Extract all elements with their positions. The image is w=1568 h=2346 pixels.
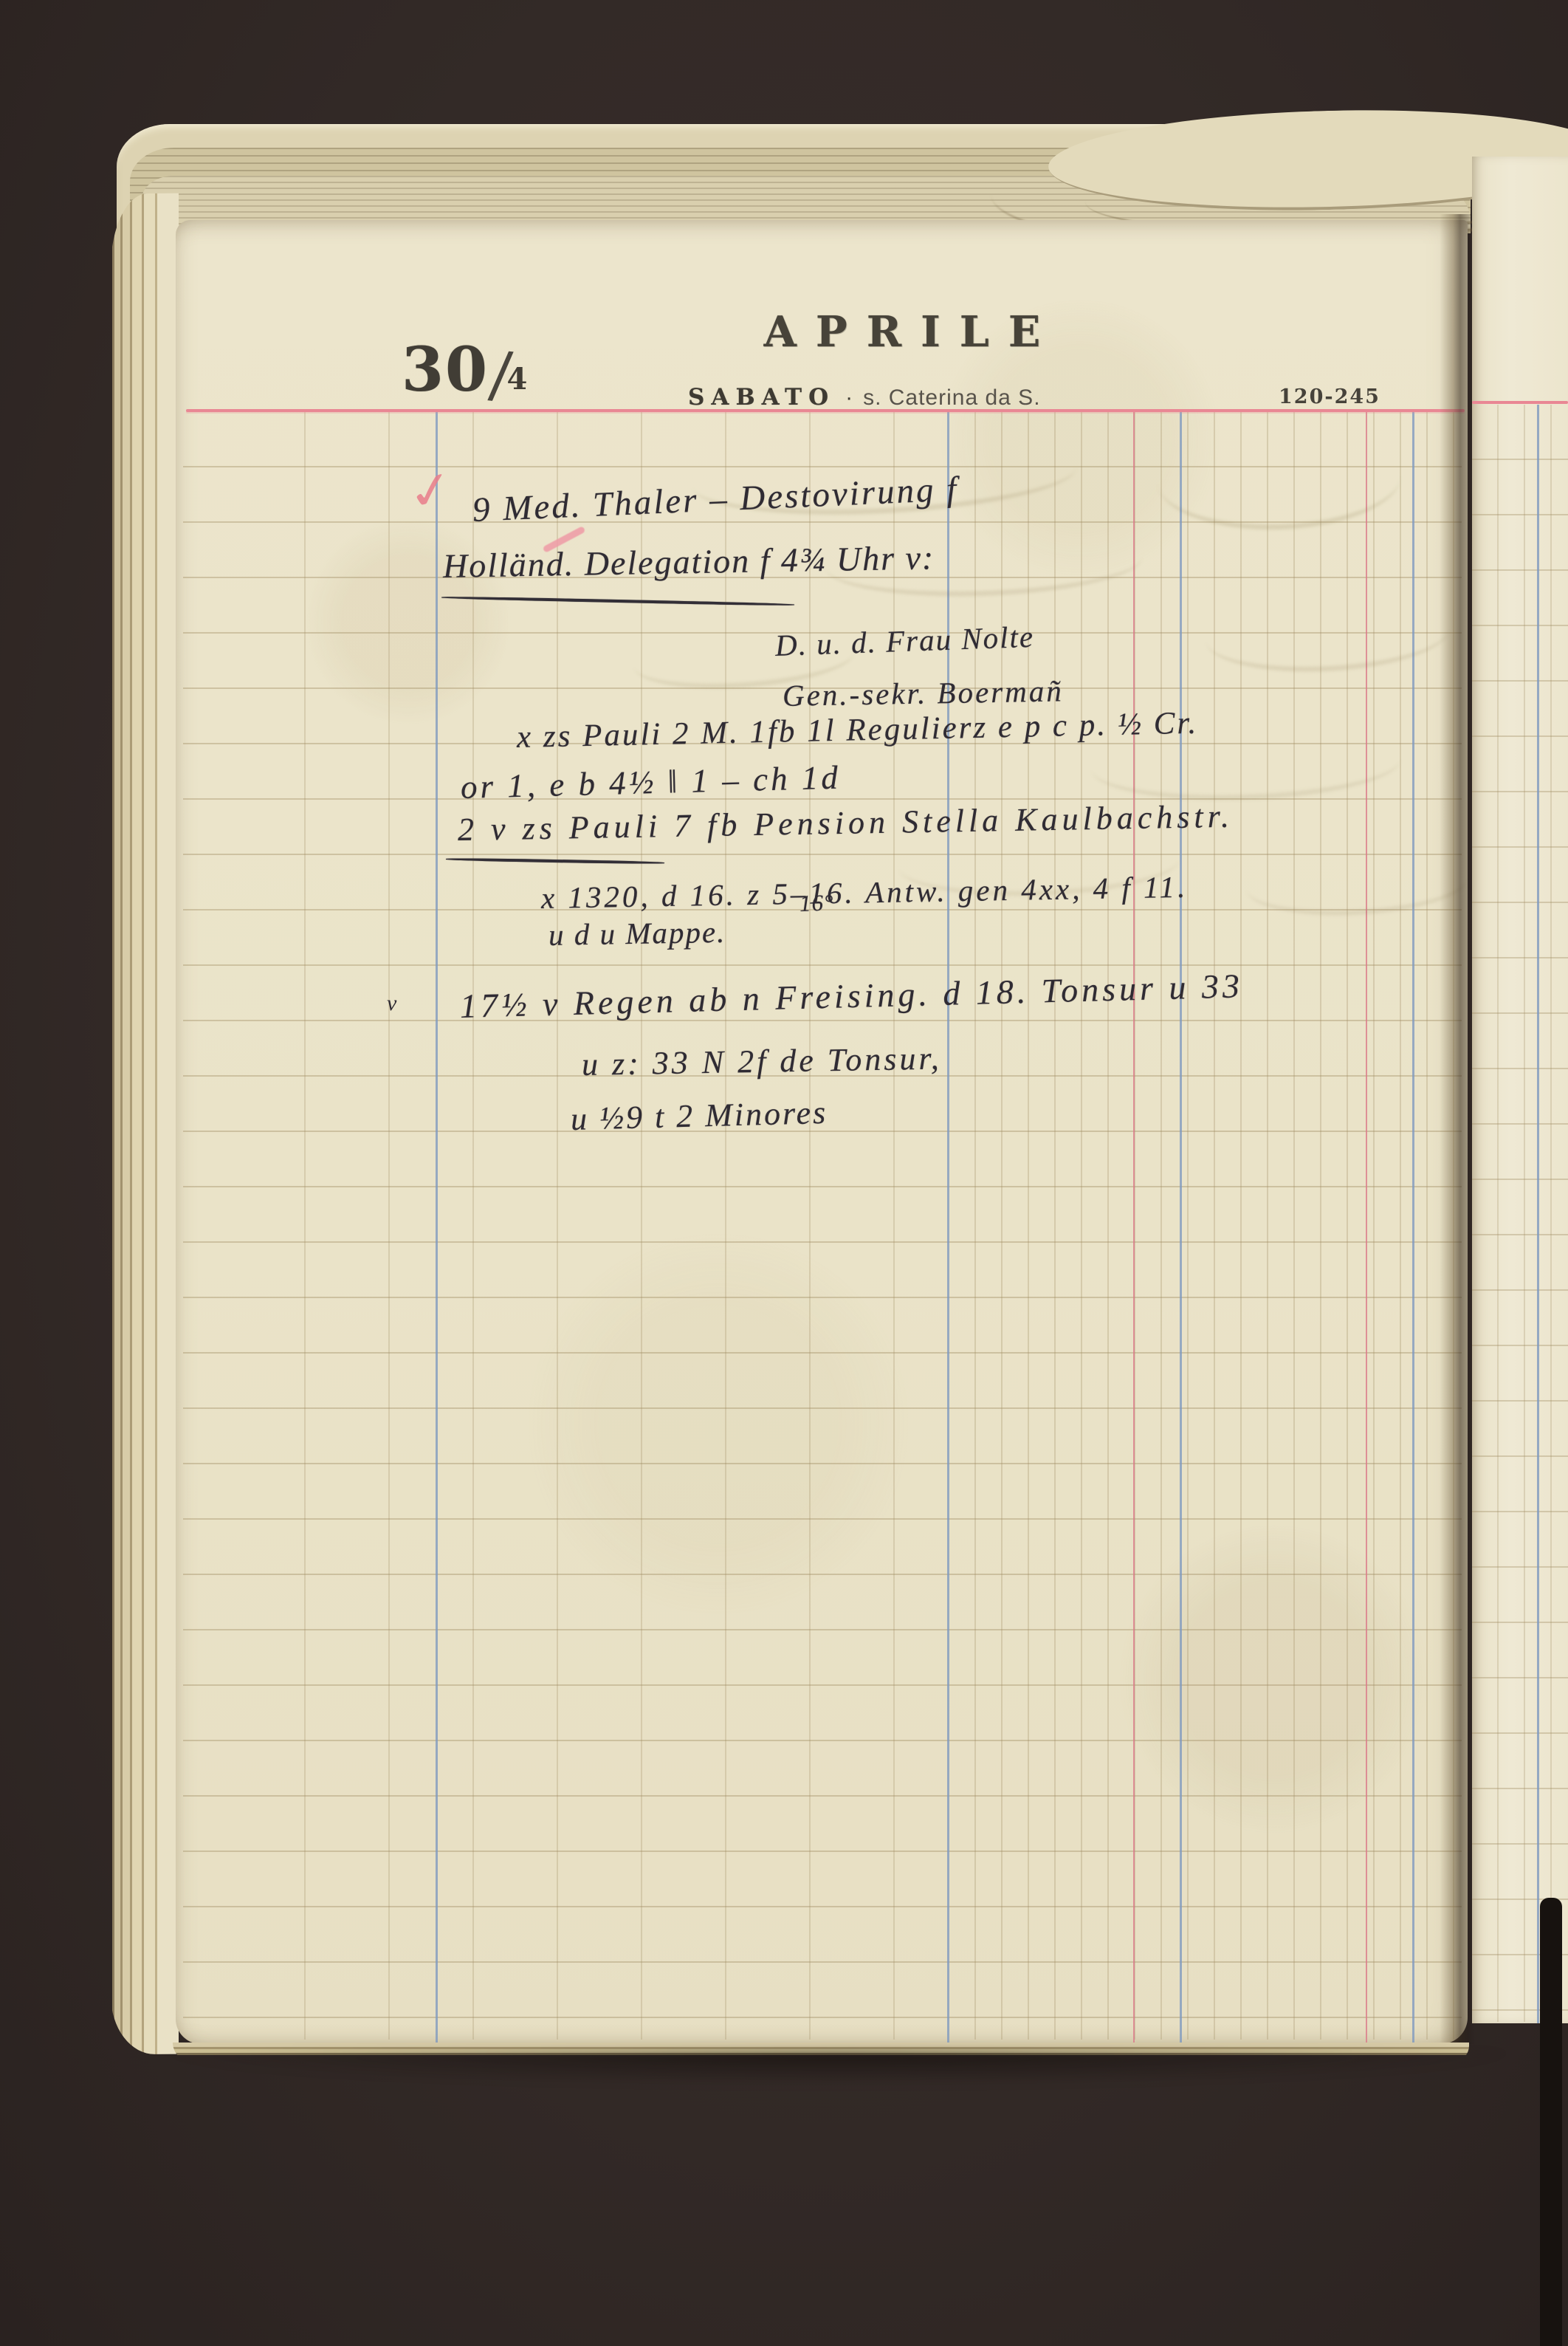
blue-column-line [1180, 412, 1182, 2044]
bleed-through-mark [1204, 591, 1451, 677]
separator-dot: · [845, 385, 853, 411]
red-column-line [1133, 412, 1135, 2044]
handwriting-line: u ½9 t 2 Minores [570, 1094, 828, 1138]
month-title: APRILE [738, 307, 1085, 357]
day-number: 30 [402, 346, 489, 395]
weekday-row: SABATO · s. Caterina da S. [688, 384, 1041, 411]
header-rule [1472, 401, 1568, 404]
handwriting-line: u z: 33 N 2f de Tonsur, [582, 1039, 943, 1083]
weekday-label: SABATO [688, 384, 835, 411]
handwriting-line: 2 v zs Pauli 7 fb Pension Stella Kaulbac… [458, 798, 1234, 848]
ink-underline [441, 596, 794, 606]
faint-cash-column-lines [949, 412, 1462, 2040]
red-column-line [1366, 412, 1367, 2044]
bleed-through-mark [1156, 424, 1403, 533]
handwriting-line: or 1, e b 4½ ‖ 1 – ch 1d [460, 758, 841, 806]
cover-gap-shadow [1540, 1898, 1562, 2346]
diary-page: APRILE 30 / 4 SABATO · s. Caterina da S.… [176, 220, 1468, 2044]
facing-page-sliver [1472, 157, 1568, 2023]
handwriting-line: u d u Mappe. [549, 914, 726, 953]
day-of-year-counter: 120-245 [1279, 385, 1380, 408]
diary-photo-scene: APRILE 30 / 4 SABATO · s. Caterina da S.… [0, 0, 1568, 2346]
margin-check-mark: v [387, 991, 396, 1016]
handwriting-line: Gen.-sekr. Boermañ [783, 673, 1065, 713]
bleed-through-mark [1245, 846, 1469, 921]
date-group: 30 / 4 [402, 346, 527, 395]
blue-column-line [1537, 405, 1539, 2023]
handwriting-line: Holländ. Delegation f 4¾ Uhr v: [443, 538, 935, 586]
faint-column-lines [1472, 405, 1568, 2022]
page-stack-bottom-edge [173, 2043, 1469, 2062]
page-stack-top-edge [117, 124, 1471, 232]
saint-of-day: s. Caterina da S. [863, 385, 1040, 411]
month-number: 4 [506, 362, 527, 397]
blue-margin-line [436, 412, 438, 2044]
book-drop-shadow [155, 2051, 1521, 2085]
red-check-mark: ✓ [402, 458, 460, 524]
handwriting-note: 16° [799, 889, 834, 917]
handwriting-line: D. u. d. Frau Nolte [774, 619, 1035, 663]
page-stack-left-edge [111, 193, 179, 2055]
handwriting-line: x 1320, d 16. z 5–16. Antw. gen 4xx, 4 f… [541, 869, 1189, 916]
handwriting-line: 9 Med. Thaler – Destovirung f [472, 469, 960, 530]
blue-column-line [1412, 412, 1414, 2044]
ink-underline [446, 857, 664, 864]
handwriting-line: 17½ v Regen ab n Freising. d 18. Tonsur … [459, 966, 1243, 1026]
handwriting-line: x zs Pauli 2 M. 1fb 1l Regulierz e p c p… [516, 705, 1198, 755]
